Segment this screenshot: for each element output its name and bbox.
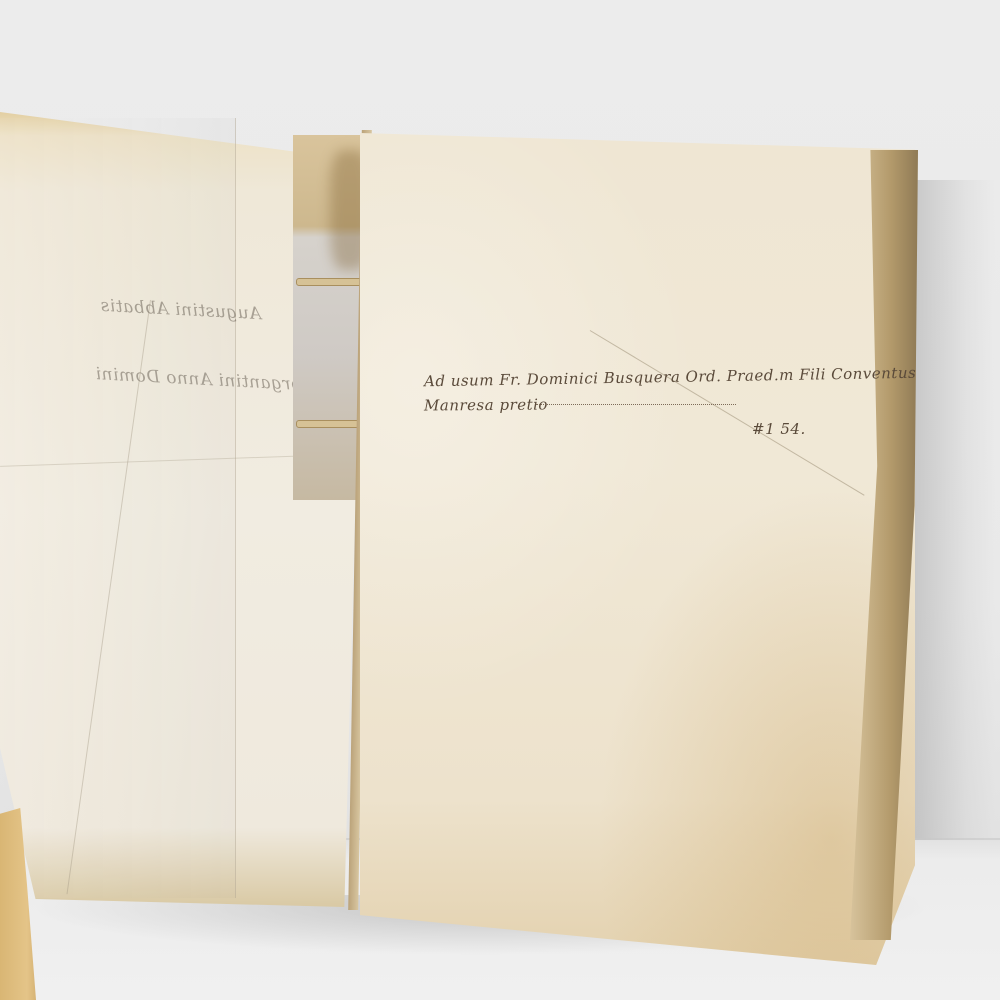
binding-cord [296,278,366,286]
dotted-leader [536,404,736,405]
inscription-line-2: Manresa pretio [424,395,548,414]
inscription-price: #1 54. [752,420,806,438]
right-page [360,133,915,965]
folded-flyleaf [0,118,236,898]
binding-cord [296,420,366,428]
